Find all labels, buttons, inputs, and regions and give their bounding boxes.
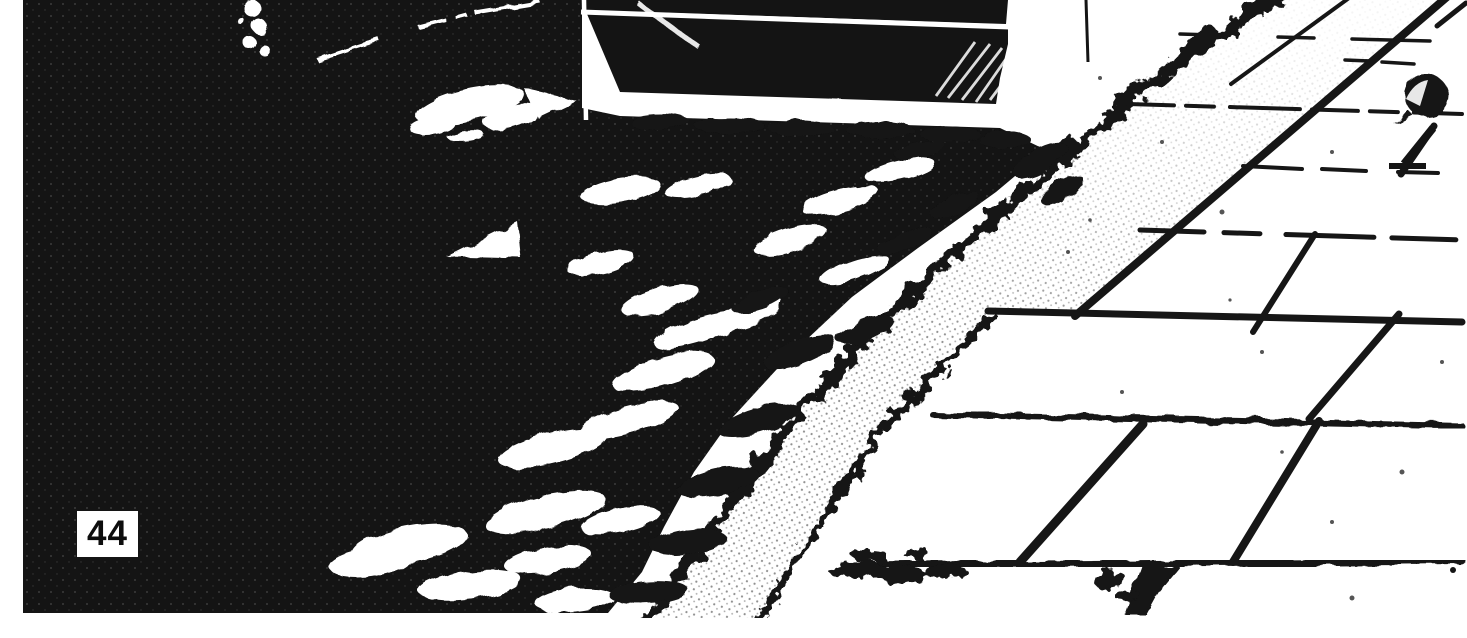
- planter-box-left-highlight: [584, 0, 586, 120]
- page-number-badge: 44: [77, 511, 138, 557]
- planter-box: [578, 0, 1010, 120]
- page-number: 44: [87, 514, 128, 554]
- manga-page: 44: [0, 0, 1467, 638]
- planter-box-face: [587, 14, 1008, 104]
- pole-line: [1086, 0, 1088, 62]
- manga-panel-artwork: [0, 0, 1467, 638]
